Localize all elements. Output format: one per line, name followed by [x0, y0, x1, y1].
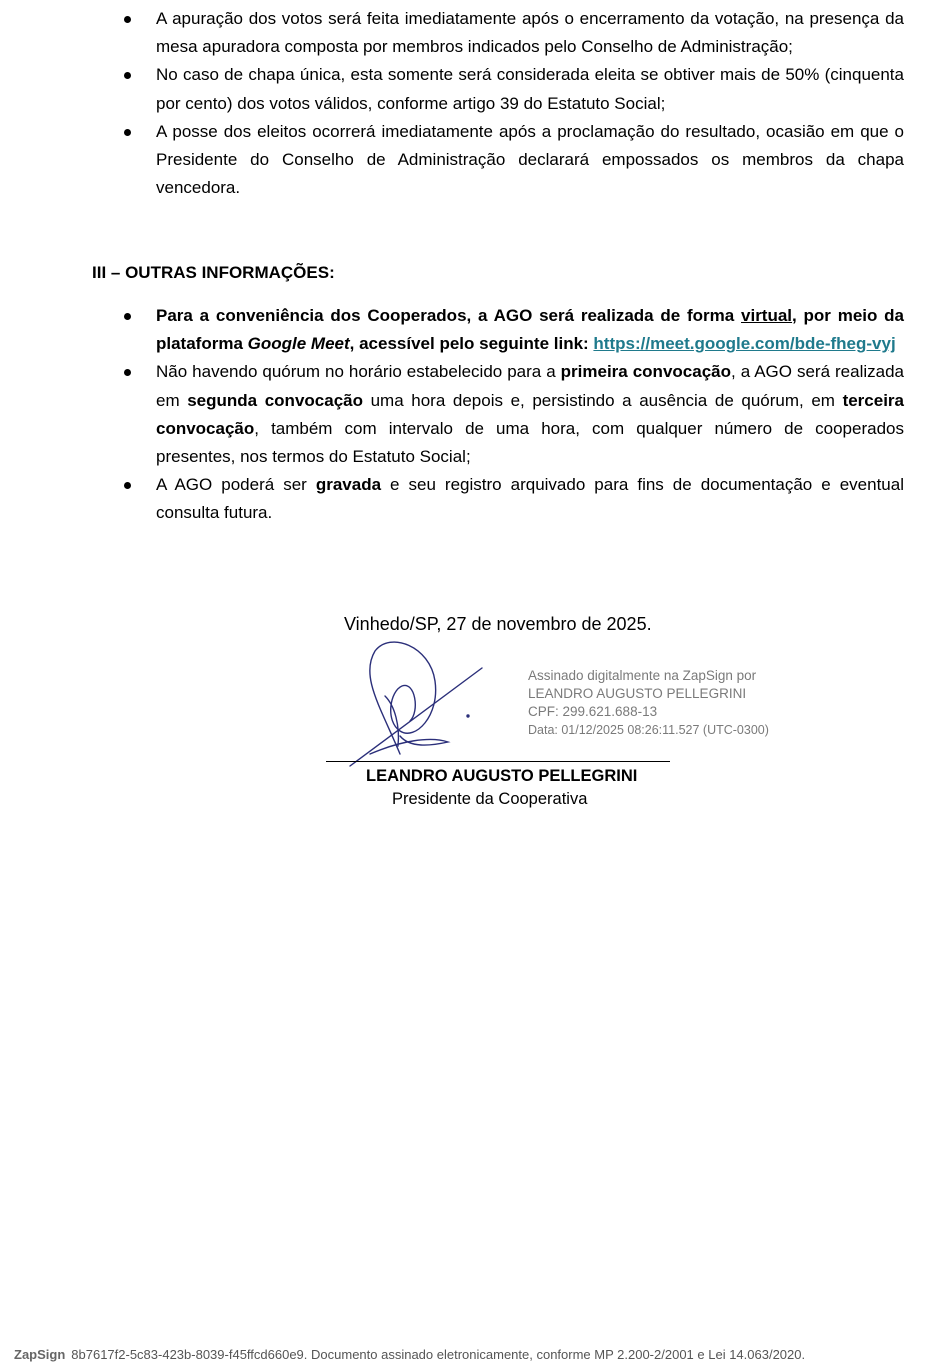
virtual-emphasis: virtual [741, 306, 792, 325]
bullet-inauguration: A posse dos eleitos ocorrerá imediatamen… [0, 118, 934, 203]
bullet-icon [124, 313, 131, 320]
bullet-vote-count: A apuração dos votos será feita imediata… [0, 5, 934, 61]
bullet-single-slate: No caso de chapa única, esta somente ser… [0, 61, 934, 117]
stamp-date: Data: 01/12/2025 08:26:11.527 (UTC-0300) [528, 721, 769, 739]
bullet-icon [124, 129, 131, 136]
bullet-text: No caso de chapa única, esta somente ser… [156, 65, 904, 112]
handwritten-signature-icon [340, 636, 500, 771]
signer-name: LEANDRO AUGUSTO PELLEGRINI [366, 765, 637, 787]
text-segment: uma hora depois e, persistindo a ausênci… [363, 391, 843, 410]
text-segment: , acessível pelo seguinte link: [350, 334, 594, 353]
bullet-text: A apuração dos votos será feita imediata… [156, 9, 904, 56]
second-call: segunda convocação [187, 391, 363, 410]
recorded-emphasis: gravada [316, 475, 381, 494]
footer-text: 8b7617f2-5c83-423b-8039-f45ffcd660e9. Do… [71, 1347, 805, 1362]
digital-signature-stamp: Assinado digitalmente na ZapSign por LEA… [528, 667, 769, 739]
signature-line [326, 761, 670, 762]
platform-name: Google Meet [248, 334, 350, 353]
stamp-line: Assinado digitalmente na ZapSign por [528, 667, 769, 685]
bullet-icon [124, 72, 131, 79]
stamp-cpf: CPF: 299.621.688-13 [528, 703, 769, 721]
zapsign-logo: ZapSign [14, 1347, 65, 1362]
bullet-quorum: Não havendo quórum no horário estabeleci… [0, 358, 934, 471]
stamp-signer: LEANDRO AUGUSTO PELLEGRINI [528, 685, 769, 703]
document-page: A apuração dos votos será feita imediata… [0, 0, 934, 1368]
first-call: primeira convocação [561, 362, 731, 381]
bullet-virtual-meeting: Para a conveniência dos Cooperados, a AG… [0, 302, 934, 358]
signer-role: Presidente da Cooperativa [392, 788, 587, 810]
section-ii-bullet-list: A apuração dos votos será feita imediata… [0, 5, 934, 202]
text-segment: Não havendo quórum no horário estabeleci… [156, 362, 561, 381]
bullet-recording: A AGO poderá ser gravada e seu registro … [0, 471, 934, 527]
bullet-icon [124, 369, 131, 376]
text-segment: Para a conveniência dos Cooperados, a AG… [156, 306, 741, 325]
text-segment: , também com intervalo de uma hora, com … [156, 419, 904, 466]
text-segment: A AGO poderá ser [156, 475, 316, 494]
bullet-text: A posse dos eleitos ocorrerá imediatamen… [156, 122, 904, 197]
bullet-icon [124, 482, 131, 489]
place-date: Vinhedo/SP, 27 de novembro de 2025. [344, 611, 652, 637]
meet-link[interactable]: https://meet.google.com/bde-fheg-vyj [593, 334, 895, 353]
zapsign-footer: ZapSign8b7617f2-5c83-423b-8039-f45ffcd66… [14, 1347, 805, 1362]
bullet-icon [124, 16, 131, 23]
section-iii-bullet-list: Para a conveniência dos Cooperados, a AG… [0, 302, 934, 528]
section-iii-heading: III – OUTRAS INFORMAÇÕES: [92, 259, 335, 287]
